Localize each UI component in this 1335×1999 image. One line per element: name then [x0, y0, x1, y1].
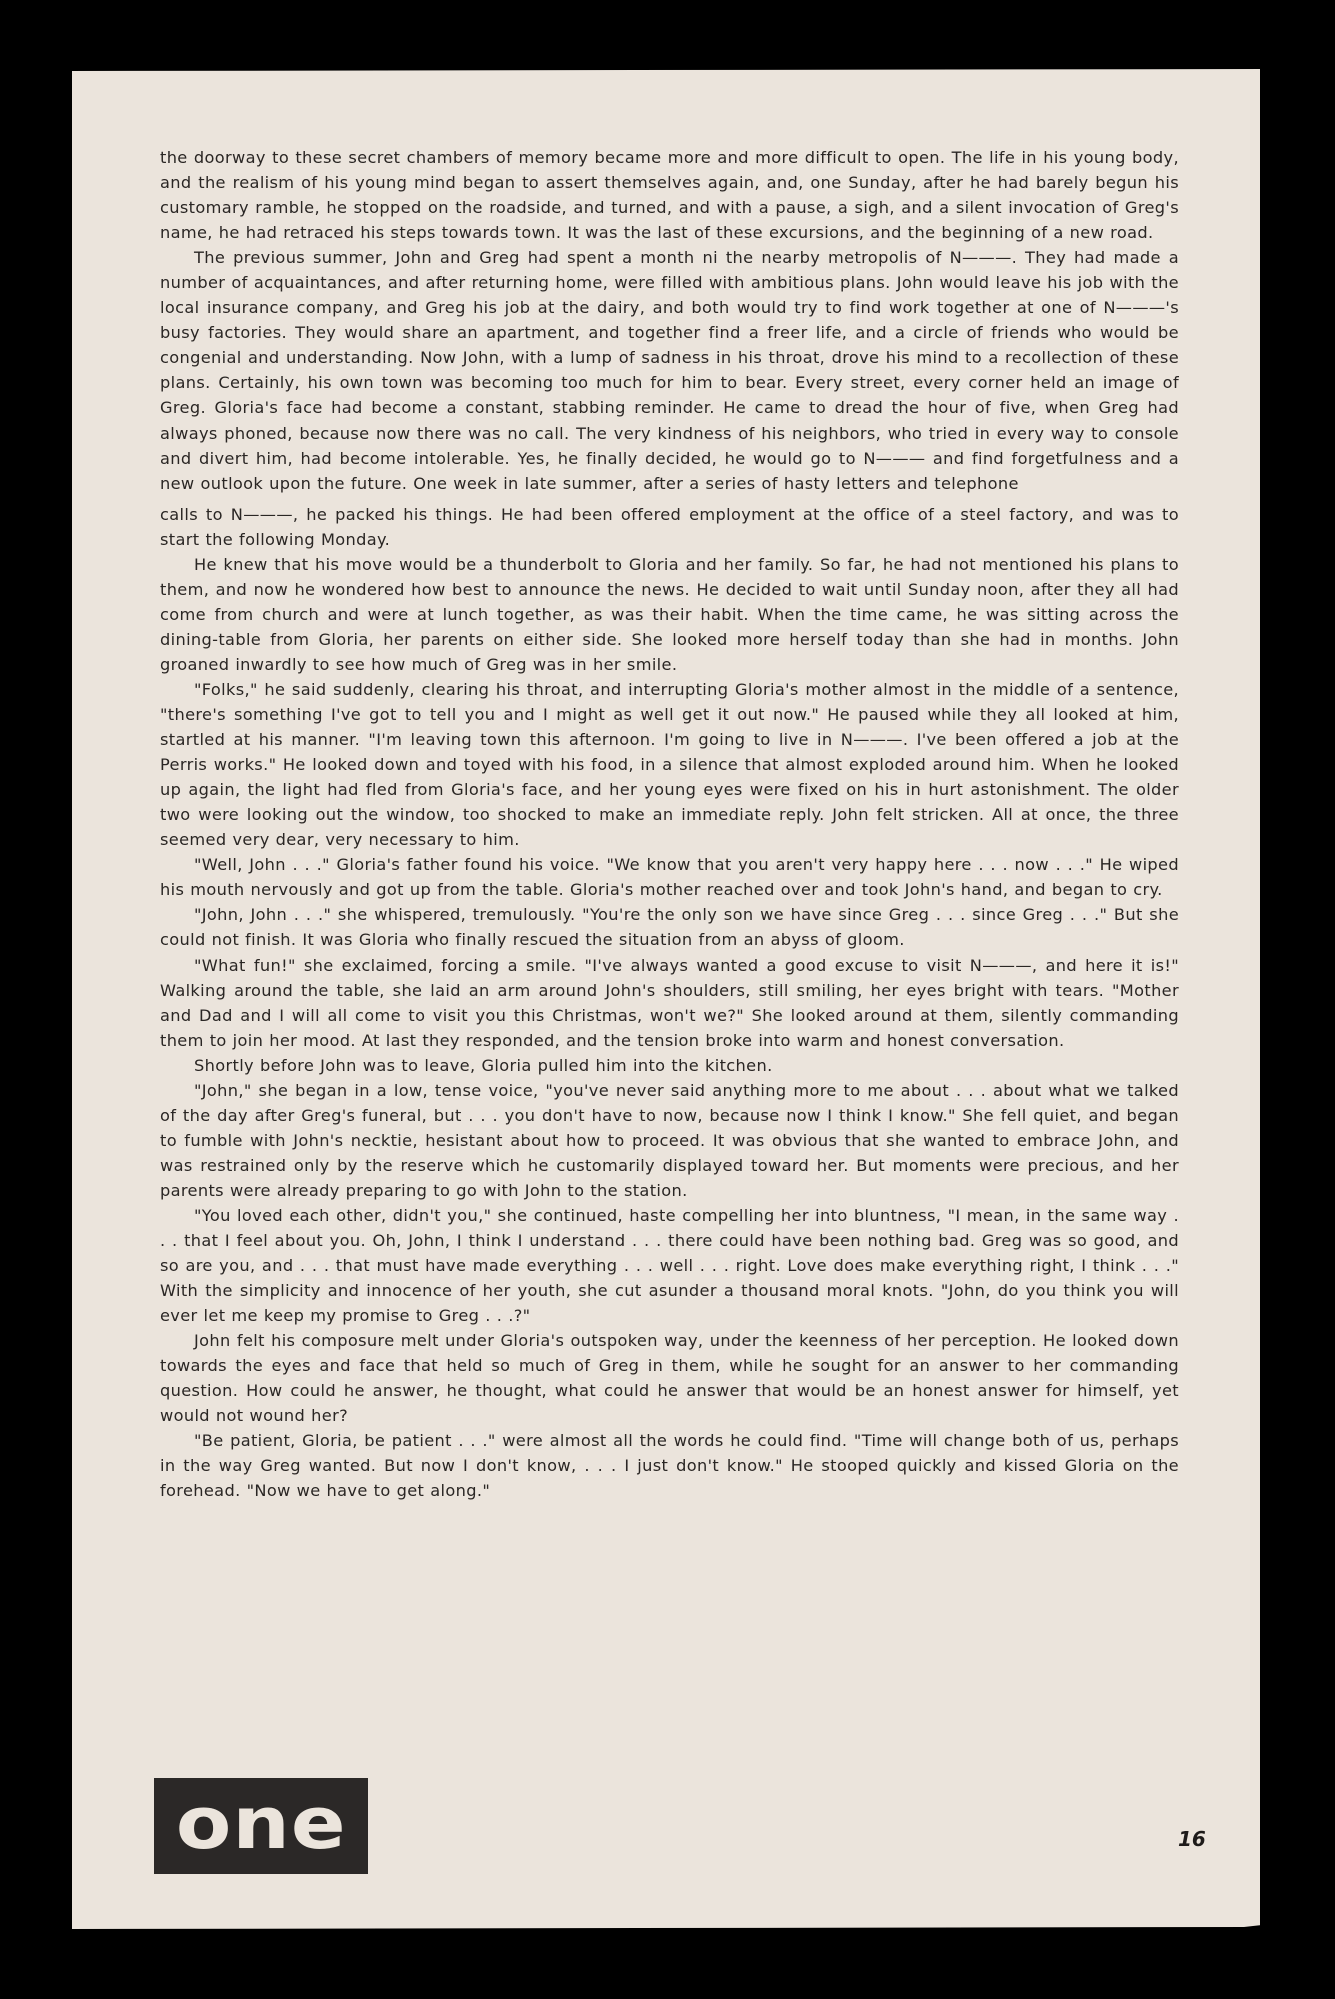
paragraph: "What fun!" she exclaimed, forcing a smi…	[160, 953, 1179, 1053]
paragraph: "You loved each other, didn't you," she …	[160, 1203, 1179, 1328]
story-body: the doorway to these secret chambers of …	[160, 145, 1179, 1504]
magazine-logo: one	[154, 1778, 368, 1874]
paragraph: "Be patient, Gloria, be patient . . ." w…	[160, 1428, 1179, 1503]
paragraph: He knew that his move would be a thunder…	[160, 552, 1179, 677]
paragraph: "Folks," he said suddenly, clearing his …	[160, 677, 1179, 852]
paragraph: "John," she began in a low, tense voice,…	[160, 1078, 1179, 1203]
paragraph-continued: calls to N———, he packed his things. He …	[160, 502, 1179, 552]
paragraph: "Well, John . . ." Gloria's father found…	[160, 852, 1179, 902]
magazine-page: the doorway to these secret chambers of …	[72, 69, 1260, 1929]
page-number: 16	[1178, 1827, 1206, 1851]
paragraph: "John, John . . ." she whispered, tremul…	[160, 902, 1179, 952]
paragraph: John felt his composure melt under Glori…	[160, 1328, 1179, 1428]
paragraph: The previous summer, John and Greg had s…	[160, 245, 1179, 495]
logo-text: one	[176, 1787, 347, 1859]
paragraph: the doorway to these secret chambers of …	[160, 145, 1179, 245]
paragraph: Shortly before John was to leave, Gloria…	[160, 1053, 1179, 1078]
